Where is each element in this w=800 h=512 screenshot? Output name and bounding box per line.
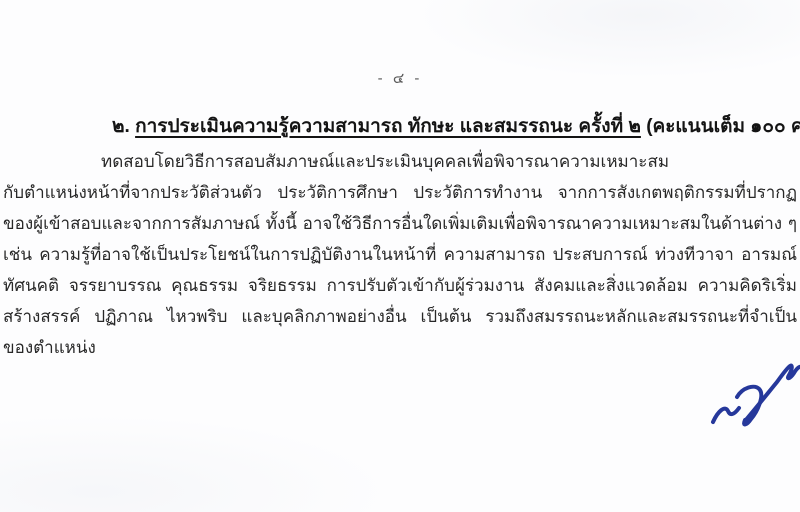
paragraph: ทดสอบโดยวิธีการสอบสัมภาษณ์และประเมินบุคค…	[3, 146, 797, 363]
section-title-suffix: (คะแนนเต็ม ๑๐๐ คะแนน)	[646, 116, 800, 137]
section-heading: ๒. การประเมินความรู้ความสามารถ ทักษะ และ…	[0, 111, 796, 141]
signature-stroke	[745, 366, 800, 421]
signature-ink	[680, 355, 800, 475]
paragraph-line: ทัศนคติ จรรยาบรรณ คุณธรรม จริยธรรม การปร…	[3, 270, 797, 301]
paragraph-line: ของตำแหน่ง	[3, 332, 797, 363]
paragraph-line: กับตำแหน่งหน้าที่จากประวัติส่วนตัว ประวั…	[3, 177, 797, 208]
section-title: การประเมินความรู้ความสามารถ ทักษะ และสมร…	[135, 116, 641, 137]
paragraph-line: ทดสอบโดยวิธีการสอบสัมภาษณ์และประเมินบุคค…	[3, 146, 797, 177]
page-number: - ๔ -	[0, 66, 800, 90]
paragraph-line: สร้างสรรค์ ปฏิภาณ ไหวพริบ และบุคลิกภาพอย…	[3, 301, 797, 332]
paragraph-line: เช่น ความรู้ที่อาจใช้เป็นประโยชน์ในการปฏ…	[3, 239, 797, 270]
section-number: ๒.	[112, 116, 130, 137]
signature-stroke	[713, 408, 739, 422]
signature-icon	[680, 355, 800, 475]
paragraph-line: ของผู้เข้าสอบและจากการสัมภาษณ์ ทั้งนี้ อ…	[3, 208, 797, 239]
document-page: - ๔ - ๒. การประเมินความรู้ความสามารถ ทัก…	[0, 0, 800, 512]
